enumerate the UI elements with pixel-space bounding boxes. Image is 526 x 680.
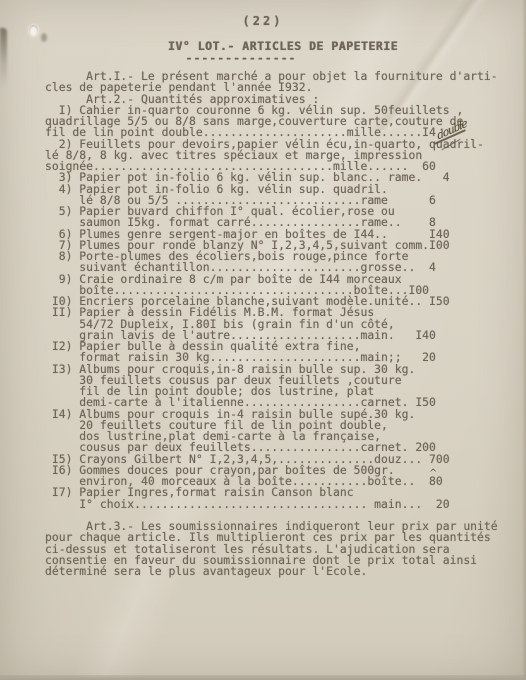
insertion-caret: ^ bbox=[429, 468, 437, 479]
scanned-document-page: (22) IV° LOT.- ARTICLES DE PAPETERIE ---… bbox=[0, 0, 526, 680]
document-line: I° choix................................… bbox=[45, 499, 515, 510]
page-number: (22) bbox=[0, 14, 526, 28]
title-underline: -------------- bbox=[0, 51, 504, 65]
page-edge-shadow bbox=[0, 675, 526, 680]
document-line: déterminé sera le plus avantageux pour l… bbox=[45, 566, 515, 577]
page-edge-shadow bbox=[522, 0, 526, 680]
